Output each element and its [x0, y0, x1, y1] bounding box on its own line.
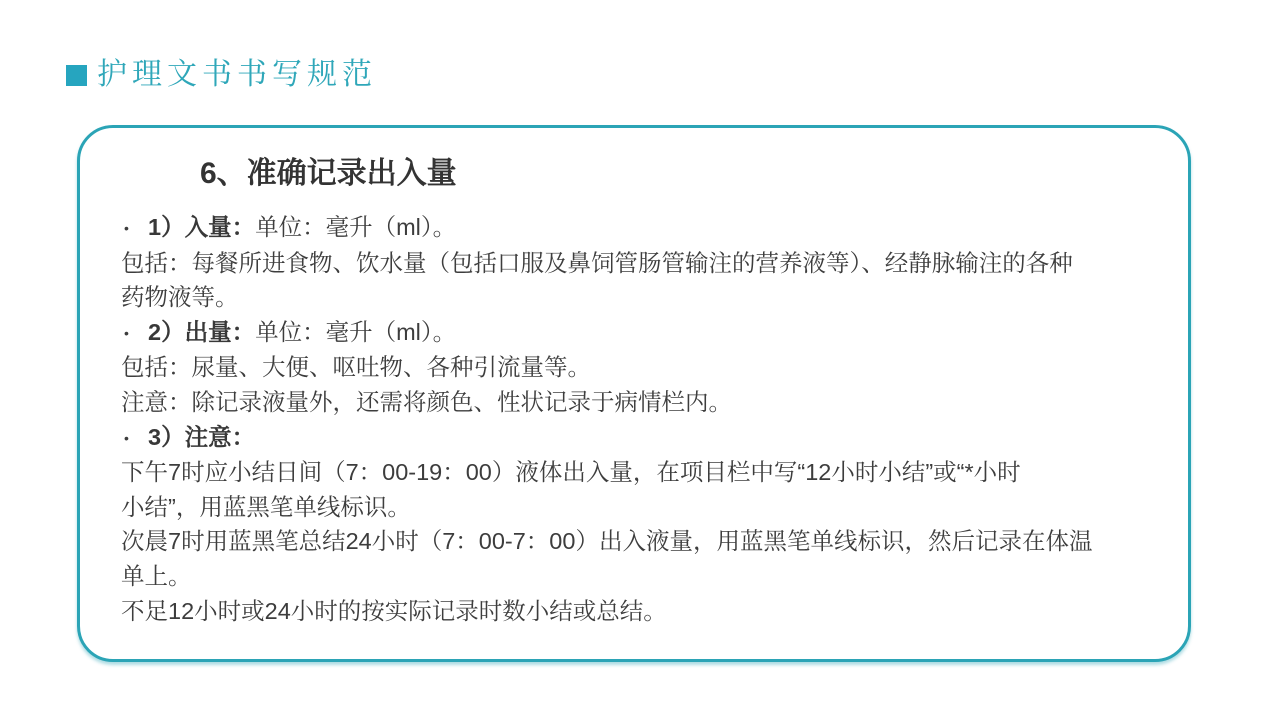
text-line: 下午7时应小结日间（7：00-19：00）液体出入量，在项目栏中写“12小时小结… — [121, 455, 1151, 490]
text-line: 药物液等。 — [121, 280, 1151, 315]
square-bullet-icon — [66, 65, 87, 86]
bullet-label: 2）出量： — [148, 319, 255, 345]
bullet-line: •2）出量：单位：毫升（ml）。 — [121, 315, 1151, 351]
card-body: •1）入量：单位：毫升（ml）。包括：每餐所进食物、饮水量（包括口服及鼻饲管肠管… — [121, 210, 1151, 628]
bullet-text: 单位：毫升（ml）。 — [255, 214, 456, 240]
bullet-line: •3）注意： — [121, 420, 1151, 456]
text-line: 包括：尿量、大便、呕吐物、各种引流量等。 — [121, 350, 1151, 385]
text-line: 包括：每餐所进食物、饮水量（包括口服及鼻饲管肠管输注的营养液等）、经静脉输注的各… — [121, 246, 1151, 281]
slide: 护理文书书写规范 6、准确记录出入量 •1）入量：单位：毫升（ml）。包括：每餐… — [0, 0, 1280, 720]
bullet-label: 3）注意： — [148, 424, 255, 450]
bullet-dot-icon: • — [121, 316, 148, 351]
bullet-text: 单位：毫升（ml）。 — [255, 319, 456, 345]
slide-header: 护理文书书写规范 — [66, 60, 377, 90]
bullet-dot-icon: • — [121, 421, 148, 456]
card-title: 6、准确记录出入量 — [200, 156, 457, 192]
text-line: 单上。 — [121, 559, 1151, 594]
text-line: 小结”，用蓝黑笔单线标识。 — [121, 490, 1151, 525]
content-card: 6、准确记录出入量 •1）入量：单位：毫升（ml）。包括：每餐所进食物、饮水量（… — [77, 125, 1191, 662]
text-line: 注意：除记录液量外，还需将颜色、性状记录于病情栏内。 — [121, 385, 1151, 420]
bullet-line: •1）入量：单位：毫升（ml）。 — [121, 210, 1151, 246]
bullet-dot-icon: • — [121, 211, 148, 246]
header-title: 护理文书书写规范 — [97, 60, 377, 90]
bullet-label: 1）入量： — [148, 214, 255, 240]
text-line: 次晨7时用蓝黑笔总结24小时（7：00-7：00）出入液量，用蓝黑笔单线标识，然… — [121, 524, 1151, 559]
text-line: 不足12小时或24小时的按实际记录时数小结或总结。 — [121, 594, 1151, 629]
